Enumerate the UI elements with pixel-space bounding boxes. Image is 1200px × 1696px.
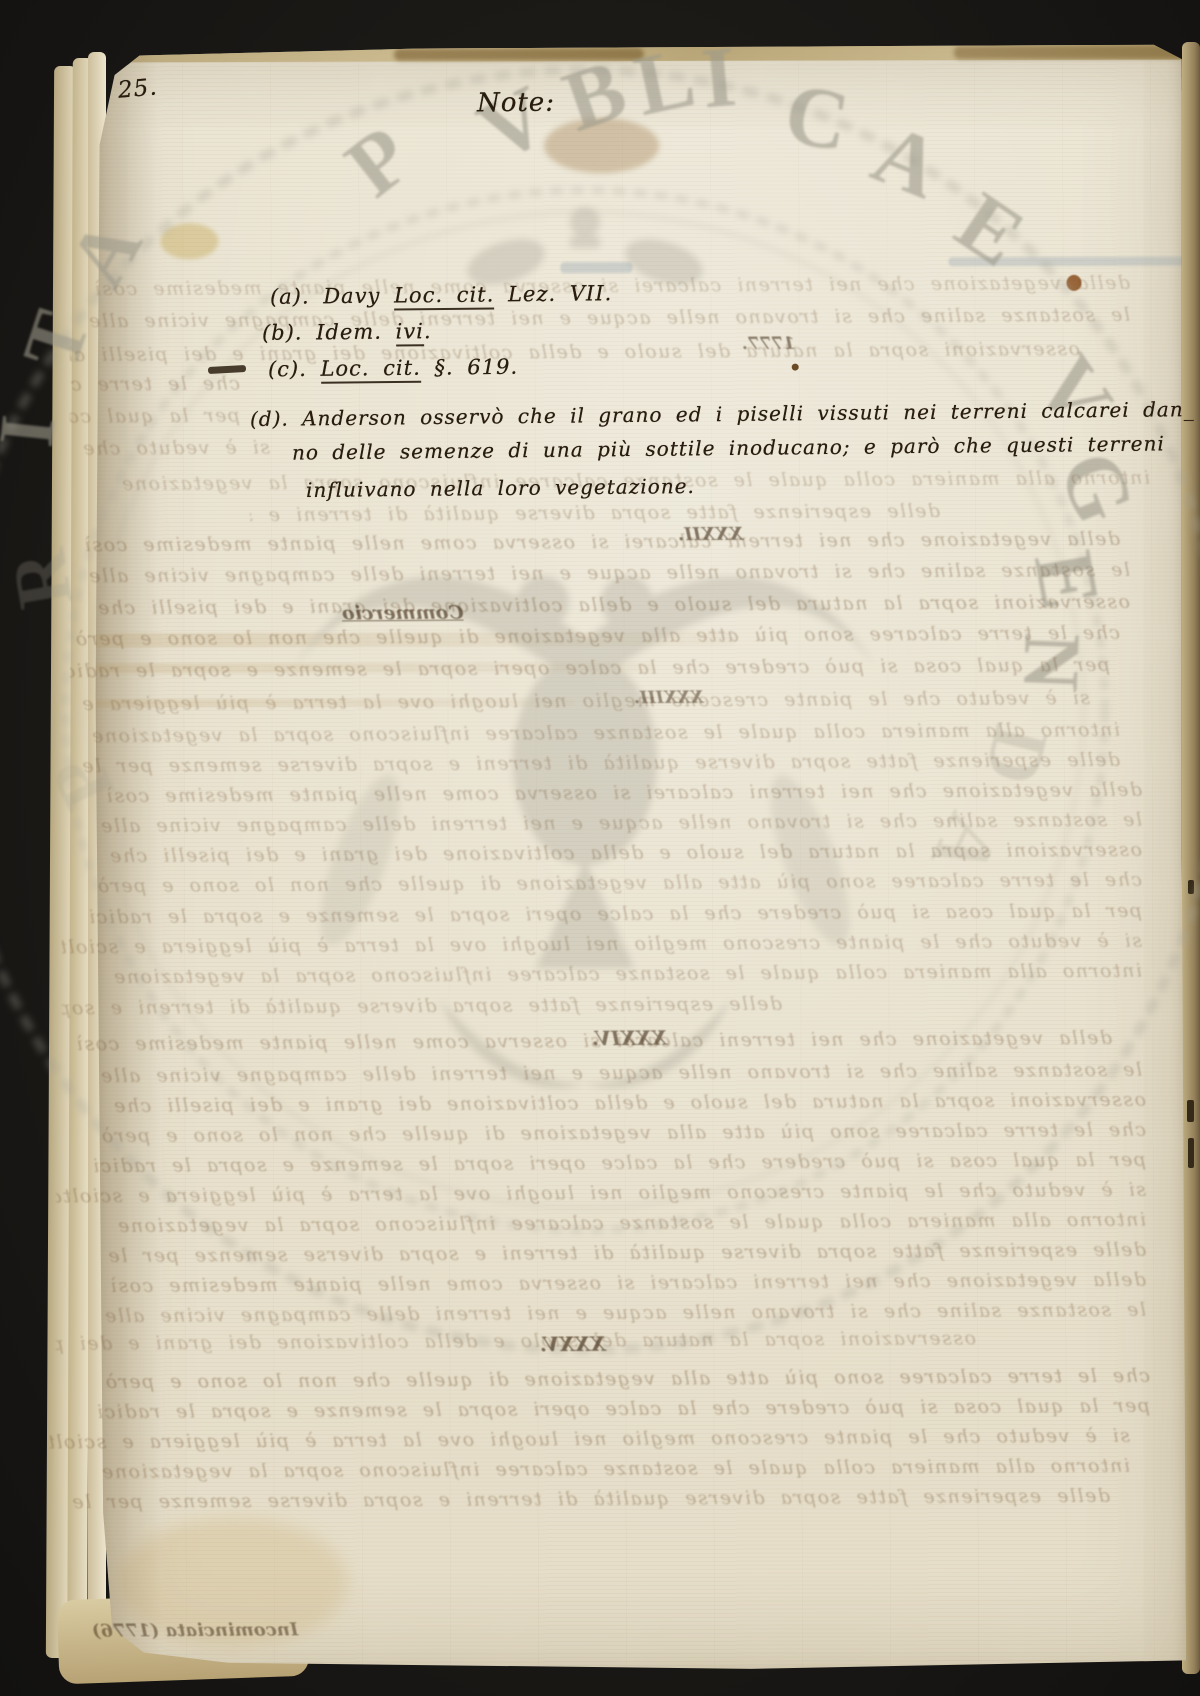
note-text: (d). Anderson osservò che il grano ed i … [250,397,1195,431]
manuscript-photo: PVBLICAEVGENDAATIRP della vegetazione ch… [0,0,1200,1696]
note-text: §. 619. [421,355,519,380]
page-title: Note: [477,88,555,119]
handwriting-layer: 25. Note: (a). Davy Loc. cit. Lez. VII.(… [0,0,1200,1696]
note-line: (c). Loc. cit. §. 619. [268,355,518,382]
page-number: 25. [117,74,159,103]
underlined-citation: Loc. cit. [394,282,495,310]
note-text: no delle semenze di una più sottile inod… [292,431,1165,464]
note-line: (b). Idem. ivi. [262,319,432,345]
note-line: (d). Anderson osservò che il grano ed i … [250,397,1195,431]
underlined-citation: ivi [395,319,424,346]
note-text: (c). [268,357,321,382]
note-line: influivano nella loro vegetazione. [306,474,695,502]
note-line: (a). Davy Loc. cit. Lez. VII. [270,281,612,309]
note-dash-mark [208,365,246,374]
note-text: (b). Idem. [262,319,396,344]
note-text: Lez. VII. [494,281,612,306]
note-text: . [424,319,432,343]
underlined-citation: Loc. cit. [320,356,421,384]
note-line: no delle semenze di una più sottile inod… [292,431,1165,464]
note-text: influivano nella loro vegetazione. [306,474,695,502]
note-text: (a). Davy [270,283,394,308]
